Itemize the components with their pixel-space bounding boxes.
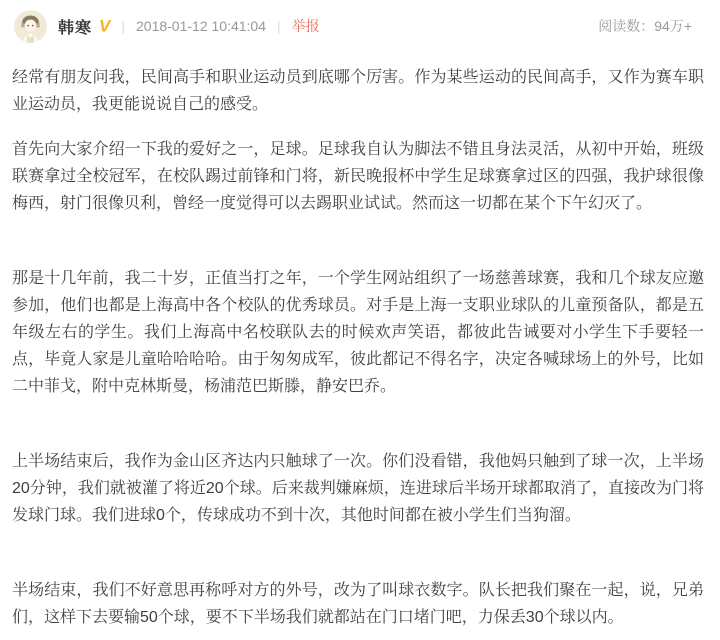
username[interactable]: 韩寒	[58, 15, 92, 38]
paragraph-1: 经常有朋友问我，民间高手和职业运动员到底哪个厉害。作为某些运动的民间高手，又作为…	[12, 64, 704, 118]
article-body: 经常有朋友问我，民间高手和职业运动员到底哪个厉害。作为某些运动的民间高手，又作为…	[0, 44, 720, 631]
divider: |	[121, 18, 125, 34]
paragraph-3: 那是十几年前，我二十岁，正值当打之年，一个学生网站组织了一场慈善球赛，我和几个球…	[12, 265, 704, 400]
post-header: 韩寒 V | 2018-01-12 10:41:04 | 举报 阅读数：94万+	[0, 0, 720, 44]
report-link[interactable]: 举报	[292, 16, 320, 36]
read-count: 阅读数：94万+	[598, 16, 692, 36]
verified-badge-icon: V	[99, 18, 110, 34]
paragraph-2: 首先向大家介绍一下我的爱好之一，足球。足球我自认为脚法不错且身法灵活，从初中开始…	[12, 136, 704, 217]
read-count-label: 阅读数：	[598, 18, 654, 34]
read-count-value: 94万+	[654, 18, 692, 34]
avatar[interactable]	[14, 10, 47, 43]
paragraph-4: 上半场结束后，我作为金山区齐达内只触球了一次。你们没看错，我他妈只触到了球一次，…	[12, 448, 704, 529]
avatar-image	[14, 10, 47, 43]
paragraph-5: 半场结束，我们不好意思再称呼对方的外号，改为了叫球衣数字。队长把我们聚在一起，说…	[12, 577, 704, 631]
timestamp: 2018-01-12 10:41:04	[136, 18, 266, 34]
article-page: 韩寒 V | 2018-01-12 10:41:04 | 举报 阅读数：94万+…	[0, 0, 720, 640]
divider: |	[277, 18, 281, 34]
